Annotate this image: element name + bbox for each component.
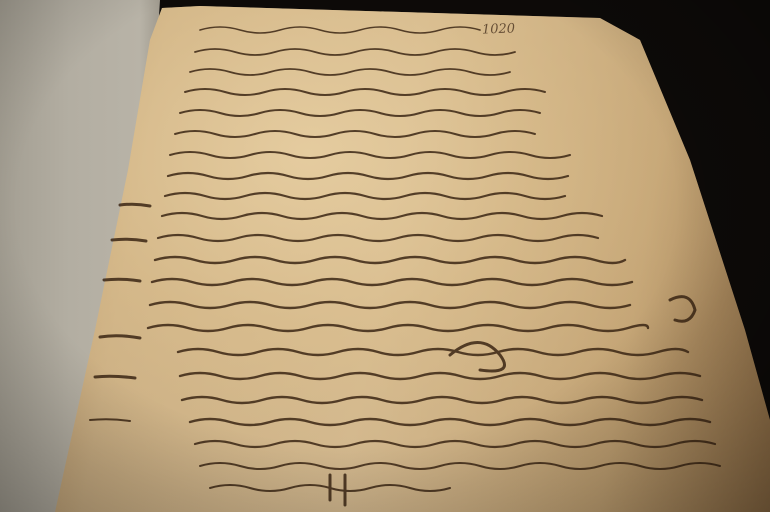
handwriting-lines [0,0,770,512]
photo-scene: 1020 [0,0,770,512]
